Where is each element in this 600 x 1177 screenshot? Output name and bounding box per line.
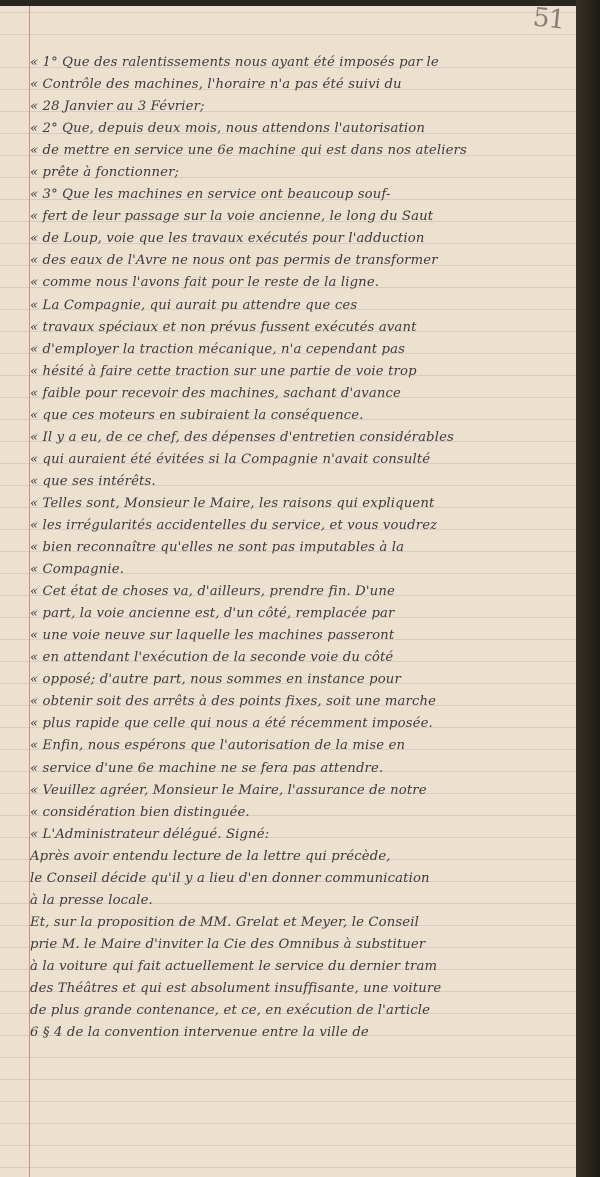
- text-line: « hésité à faire cette traction sur une …: [30, 361, 570, 383]
- text-line: « de mettre en service une 6e machine qu…: [30, 140, 570, 162]
- text-line: « bien reconnaître qu'elles ne sont pas …: [30, 537, 570, 559]
- text-line: « fert de leur passage sur la voie ancie…: [30, 206, 570, 228]
- text-line: « Contrôle des machines, l'horaire n'a p…: [30, 74, 570, 96]
- text-line: des Théâtres et qui est absolument insuf…: [30, 978, 570, 1000]
- handwritten-text: « 1° Que des ralentissements nous ayant …: [30, 52, 570, 1044]
- text-line: « des eaux de l'Avre ne nous ont pas per…: [30, 250, 570, 272]
- page-number: 51: [532, 2, 566, 35]
- text-line: le Conseil décide qu'il y a lieu d'en do…: [30, 868, 570, 890]
- text-line: prie M. le Maire d'inviter la Cie des Om…: [30, 934, 570, 956]
- text-line: « qui auraient été évitées si la Compagn…: [30, 449, 570, 471]
- text-line: à la voiture qui fait actuellement le se…: [30, 956, 570, 978]
- text-line: « prête à fonctionner;: [30, 162, 570, 184]
- text-line: « 28 Janvier au 3 Février;: [30, 96, 570, 118]
- text-line: « d'employer la traction mécanique, n'a …: [30, 339, 570, 361]
- text-line: « les irrégularités accidentelles du ser…: [30, 515, 570, 537]
- text-line: « part, la voie ancienne est, d'un côté,…: [30, 603, 570, 625]
- book-binding: [576, 0, 600, 1177]
- text-line: de plus grande contenance, et ce, en exé…: [30, 1000, 570, 1022]
- text-line: « Telles sont, Monsieur le Maire, les ra…: [30, 493, 570, 515]
- text-line: Après avoir entendu lecture de la lettre…: [30, 846, 570, 868]
- text-line: « obtenir soit des arrêts à des points f…: [30, 691, 570, 713]
- text-line: à la presse locale.: [30, 890, 570, 912]
- text-line: « Enfin, nous espérons que l'autorisatio…: [30, 735, 570, 757]
- text-line: « de Loup, voie que les travaux exécutés…: [30, 228, 570, 250]
- text-line: « travaux spéciaux et non prévus fussent…: [30, 317, 570, 339]
- text-line: « considération bien distinguée.: [30, 802, 570, 824]
- text-line: « une voie neuve sur laquelle les machin…: [30, 625, 570, 647]
- text-line: « La Compagnie, qui aurait pu attendre q…: [30, 295, 570, 317]
- text-line: 6 § 4 de la convention intervenue entre …: [30, 1022, 570, 1044]
- text-line: « faible pour recevoir des machines, sac…: [30, 383, 570, 405]
- text-line: Et, sur la proposition de MM. Grelat et …: [30, 912, 570, 934]
- text-line: « Compagnie.: [30, 559, 570, 581]
- text-line: « service d'une 6e machine ne se fera pa…: [30, 758, 570, 780]
- signature-line: « L'Administrateur délégué. Signé:: [30, 824, 570, 846]
- text-line: « 1° Que des ralentissements nous ayant …: [30, 52, 570, 74]
- text-line: « Il y a eu, de ce chef, des dépenses d'…: [30, 427, 570, 449]
- text-line: « que ses intérêts.: [30, 471, 570, 493]
- text-line: « en attendant l'exécution de la seconde…: [30, 647, 570, 669]
- page-top-edge: [0, 0, 600, 6]
- text-line: « comme nous l'avons fait pour le reste …: [30, 272, 570, 294]
- text-line: « Cet état de choses va, d'ailleurs, pre…: [30, 581, 570, 603]
- text-line: « Veuillez agréer, Monsieur le Maire, l'…: [30, 780, 570, 802]
- text-line: « opposé; d'autre part, nous sommes en i…: [30, 669, 570, 691]
- text-line: « que ces moteurs en subiraient la consé…: [30, 405, 570, 427]
- ledger-page: 51 « 1° Que des ralentissements nous aya…: [0, 0, 576, 1177]
- text-line: « 3° Que les machines en service ont bea…: [30, 184, 570, 206]
- text-line: « 2° Que, depuis deux mois, nous attendo…: [30, 118, 570, 140]
- text-line: « plus rapide que celle qui nous a été r…: [30, 713, 570, 735]
